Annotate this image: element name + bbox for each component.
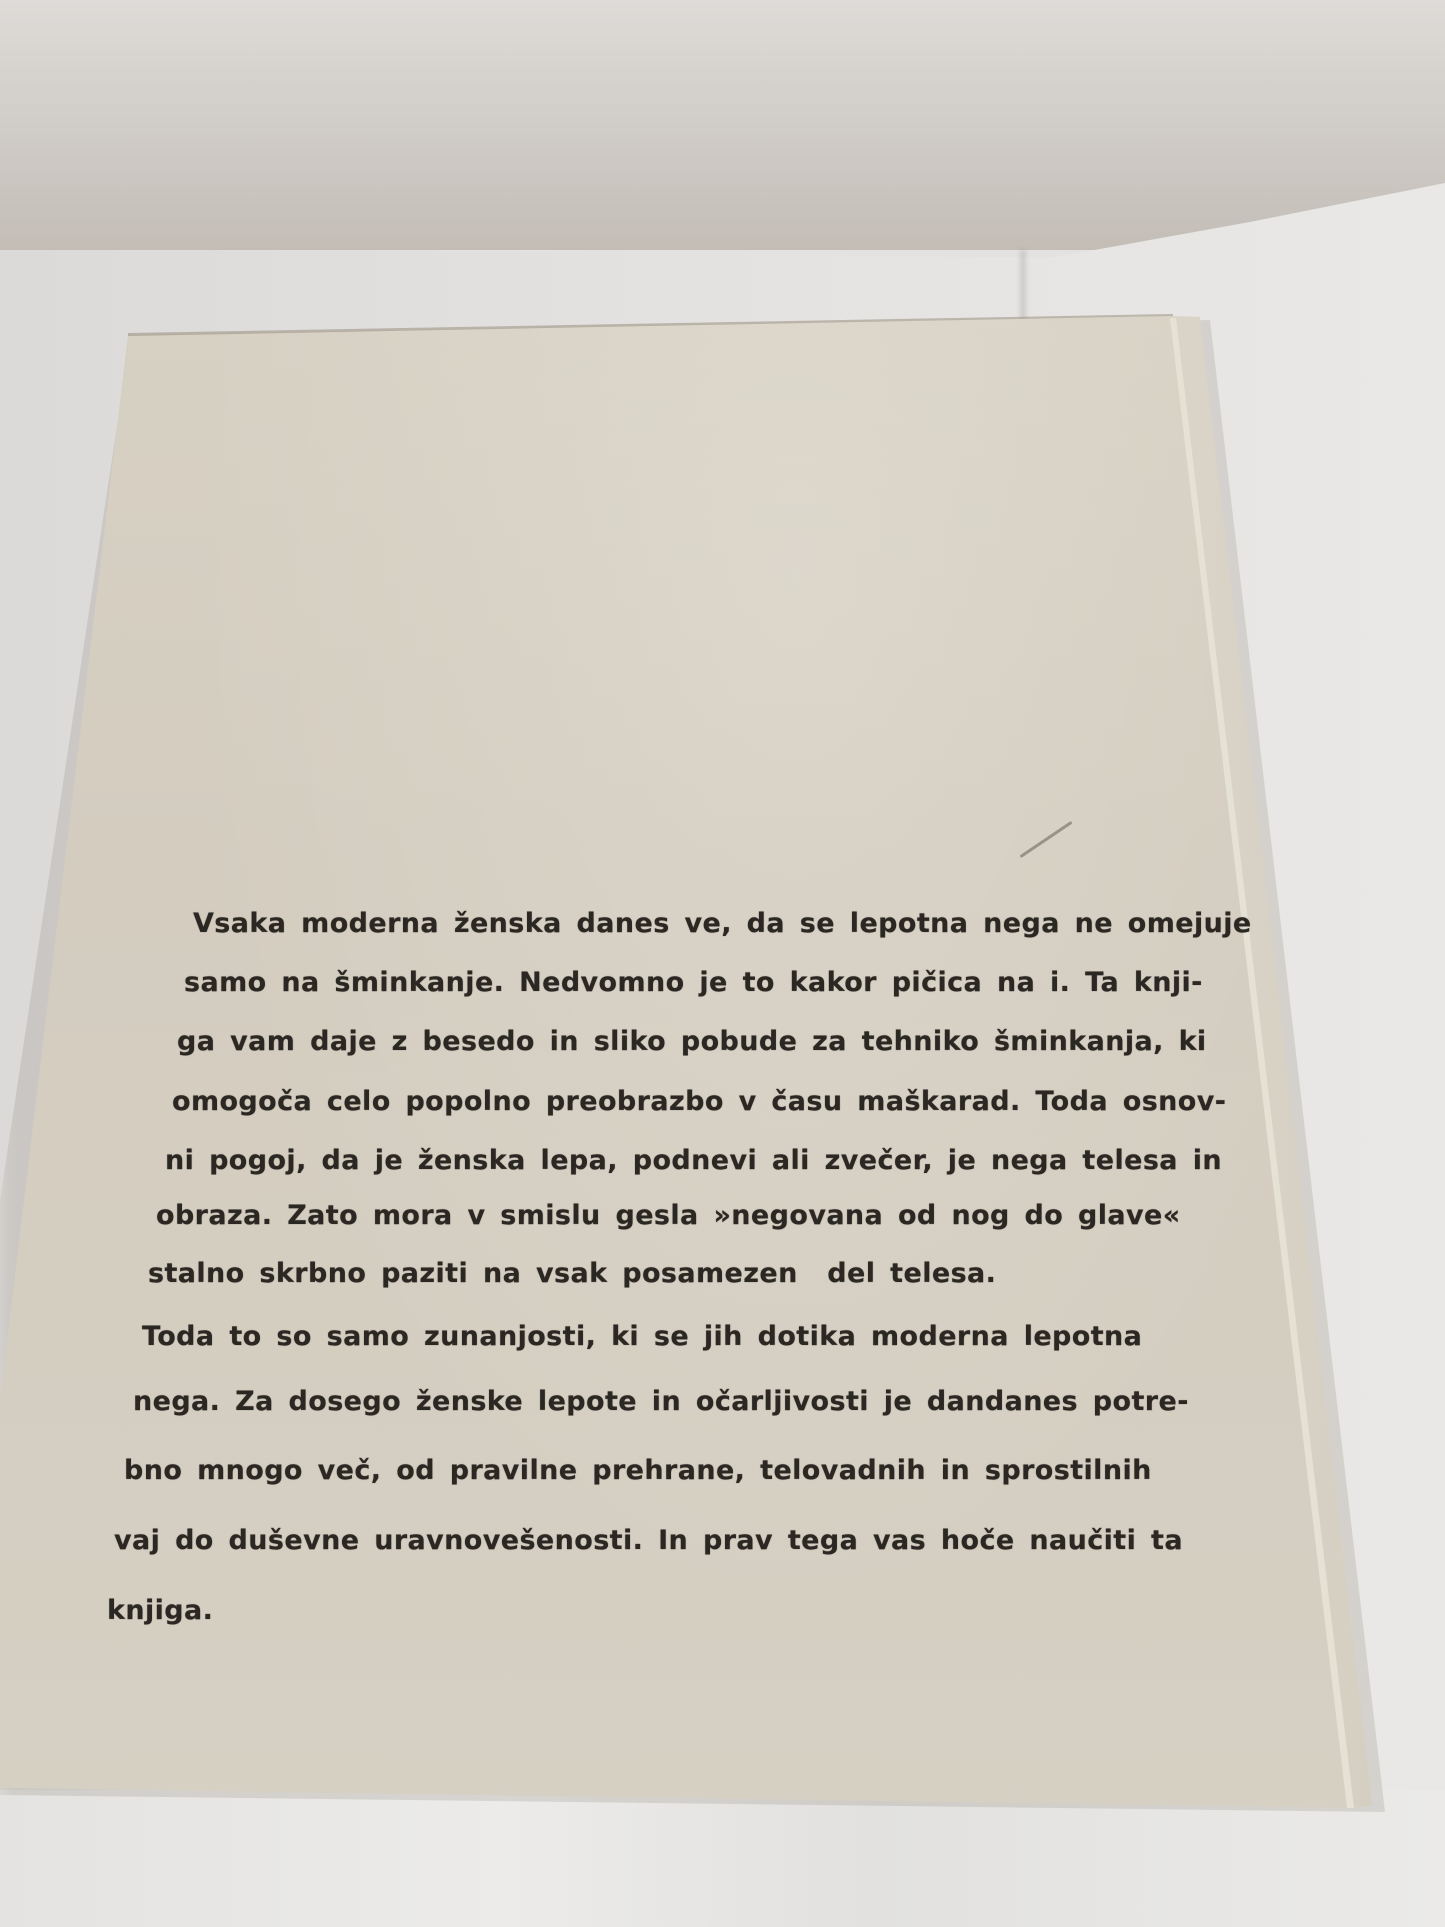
blurb-line: Vsaka moderna ženska danes ve, da se lep… xyxy=(193,910,1252,937)
blurb-line: ga vam daje z besedo in sliko pobude za … xyxy=(177,1028,1207,1055)
blurb-line: obraza. Zato mora v smislu gesla »negova… xyxy=(156,1202,1181,1229)
blurb-line: stalno skrbno paziti na vsak posamezen d… xyxy=(148,1260,996,1287)
blurb-line: knjiga. xyxy=(107,1597,213,1624)
blurb-line: Toda to so samo zunanjosti, ki se jih do… xyxy=(142,1323,1142,1350)
blurb-line: samo na šminkanje. Nedvomno je to kakor … xyxy=(184,969,1203,996)
blurb-line: vaj do duševne uravnovešenosti. In prav … xyxy=(114,1527,1183,1554)
blurb-line: omogoča celo popolno preobrazbo v času m… xyxy=(172,1088,1226,1115)
blurb-text: Vsaka moderna ženska danes ve, da se lep… xyxy=(0,0,1445,1927)
blurb-line: bno mnogo več, od pravilne prehrane, tel… xyxy=(124,1457,1152,1484)
blurb-line: ni pogoj, da je ženska lepa, podnevi ali… xyxy=(165,1147,1222,1174)
blurb-line: nega. Za dosego ženske lepote in očarlji… xyxy=(133,1388,1189,1415)
